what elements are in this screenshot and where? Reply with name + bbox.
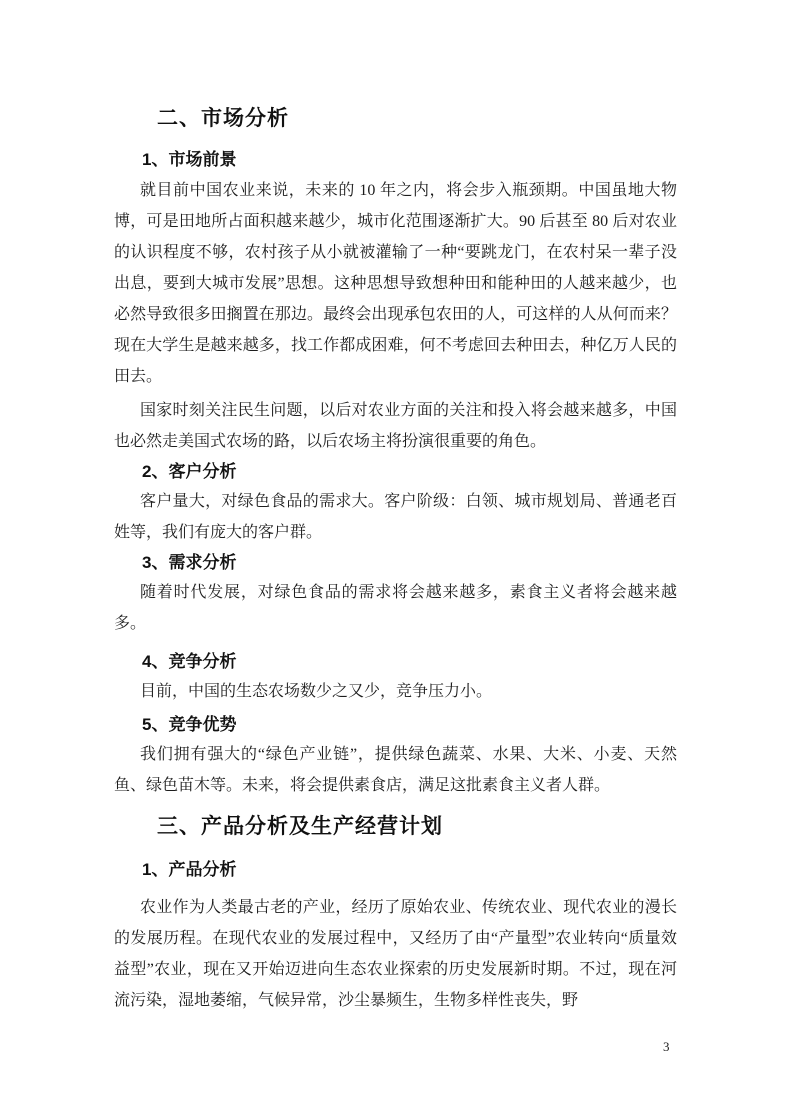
paragraph-product-analysis: 农业作为人类最古老的产业，经历了原始农业、传统农业、现代农业的漫长的发展历程。在… — [114, 892, 677, 1016]
subheading-product-analysis: 1、产品分析 — [142, 858, 677, 882]
section-heading-product-analysis-plan: 三、产品分析及生产经营计划 — [157, 812, 677, 842]
subheading-demand-analysis: 3、需求分析 — [142, 549, 677, 577]
paragraph-competition-analysis: 目前，中国的生态农场数少之又少，竞争压力小。 — [114, 676, 677, 707]
subheading-competition-analysis: 4、竞争分析 — [142, 648, 677, 676]
paragraph-competitive-advantage: 我们拥有强大的“绿色产业链”，提供绿色蔬菜、水果、大米、小麦、天然鱼、绿色苗木等… — [114, 739, 677, 801]
subheading-market-prospect: 1、市场前景 — [142, 148, 677, 172]
subheading-competitive-advantage: 5、竞争优势 — [142, 711, 677, 739]
paragraph-demand-analysis: 随着时代发展，对绿色食品的需求将会越来越多，素食主义者将会越来越多。 — [114, 577, 677, 639]
paragraph-market-prospect-1: 就目前中国农业来说，未来的 10 年之内，将会步入瓶颈期。中国虽地大物博，可是田… — [114, 175, 677, 392]
section-heading-market-analysis: 二、市场分析 — [157, 104, 677, 134]
subheading-customer-analysis: 2、客户分析 — [142, 458, 677, 486]
paragraph-market-prospect-2: 国家时刻关注民生问题，以后对农业方面的关注和投入将会越来越多，中国也必然走美国式… — [114, 395, 677, 457]
page-content: 二、市场分析 1、市场前景 就目前中国农业来说，未来的 10 年之内，将会步入瓶… — [0, 0, 792, 1016]
paragraph-customer-analysis: 客户量大，对绿色食品的需求大。客户阶级：白领、城市规划局、普通老百姓等，我们有庞… — [114, 486, 677, 548]
page-number: 3 — [663, 1039, 670, 1054]
document-page: 二、市场分析 1、市场前景 就目前中国农业来说，未来的 10 年之内，将会步入瓶… — [0, 0, 792, 1120]
